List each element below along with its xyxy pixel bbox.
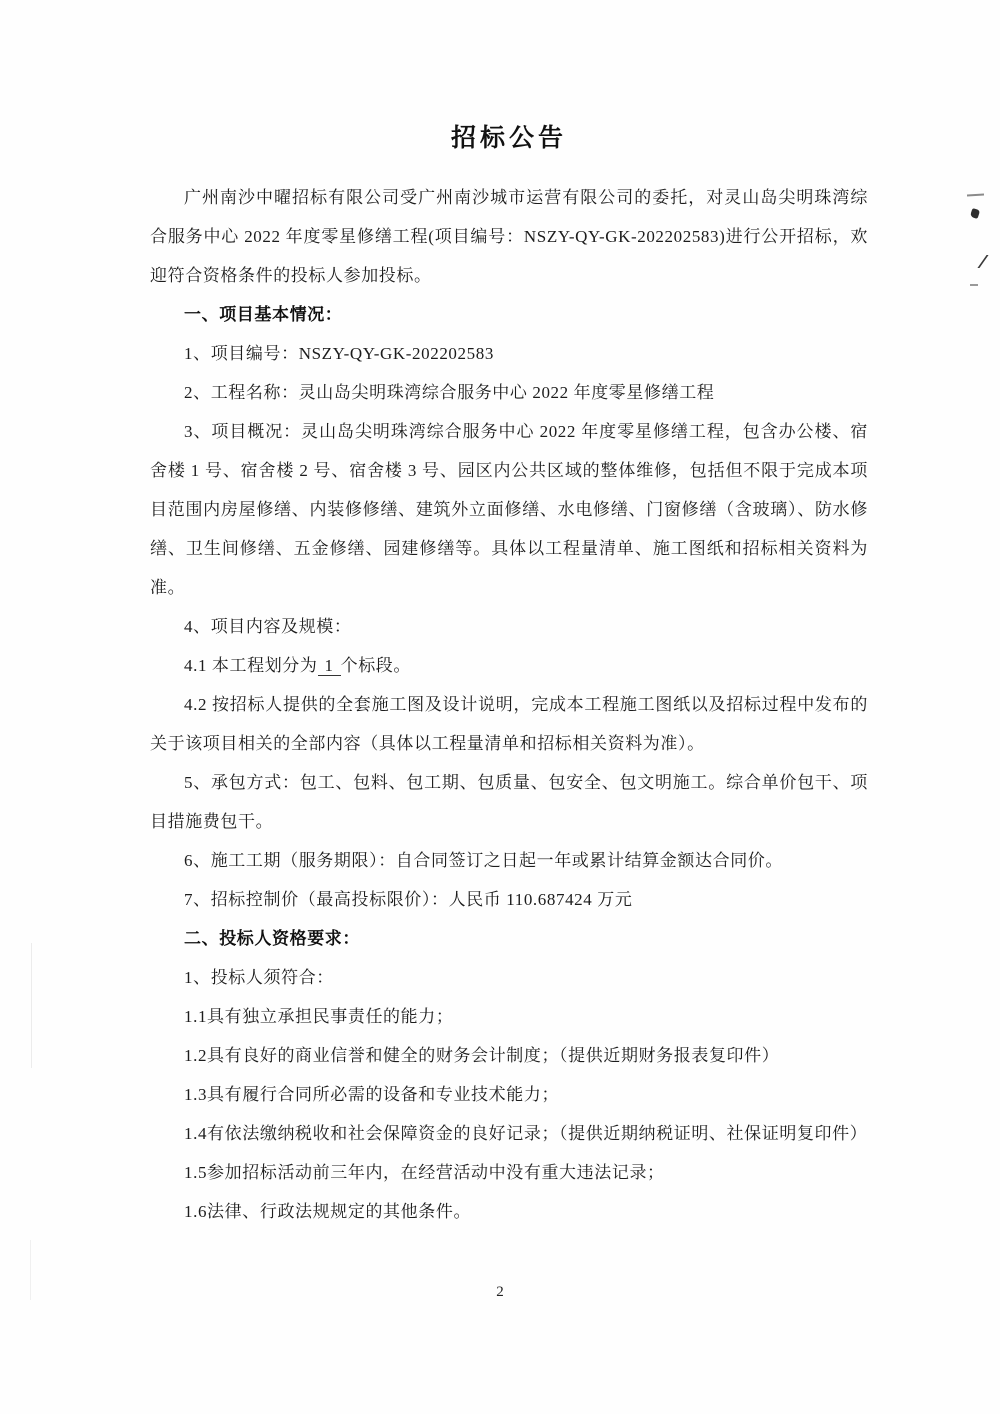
document-title: 招标公告 [150, 120, 868, 158]
item-1-3: 1.3具有履行合同所必需的设备和专业技术能力； [150, 1075, 868, 1114]
intro-paragraph: 广州南沙中曜招标有限公司受广州南沙城市运营有限公司的委托，对灵山岛尖明珠湾综合服… [150, 178, 868, 295]
item-1-5: 1.5参加招标活动前三年内，在经营活动中没有重大违法记录； [150, 1153, 868, 1192]
item-price-ceiling: 7、招标控制价（最高投标限价）：人民币 110.687424 万元 [150, 880, 868, 919]
item-1-2: 1.2具有良好的商业信誉和健全的财务会计制度；（提供近期财务报表复印件） [150, 1036, 868, 1075]
scan-artifact [967, 194, 984, 197]
item-project-number: 1、项目编号：NSZY-QY-GK-202202583 [150, 334, 868, 373]
clause-4-1: 4.1 本工程划分为1个标段。 [150, 646, 868, 685]
item-project-scope-heading: 4、项目内容及规模： [150, 607, 868, 646]
item-contracting-method: 5、承包方式：包工、包料、包工期、包质量、包安全、包文明施工。综合单价包干、项目… [150, 763, 868, 841]
clause-4-2: 4.2 按招标人提供的全套施工图及设计说明，完成本工程施工图纸以及招标过程中发布… [150, 685, 868, 763]
item-bidder-must-meet: 1、投标人须符合： [150, 958, 868, 997]
scanned-document-page: 招标公告 广州南沙中曜招标有限公司受广州南沙城市运营有限公司的委托，对灵山岛尖明… [0, 0, 1000, 1414]
page-number: 2 [0, 1284, 1000, 1301]
scan-artifact [31, 943, 32, 1068]
clause-4-1-underlined-value: 1 [318, 656, 341, 676]
item-1-6: 1.6法律、行政法规规定的其他条件。 [150, 1192, 868, 1231]
scan-artifact [970, 284, 978, 286]
item-project-name: 2、工程名称：灵山岛尖明珠湾综合服务中心 2022 年度零星修缮工程 [150, 373, 868, 412]
clause-4-1-prefix: 4.1 本工程划分为 [184, 656, 318, 675]
scan-artifact [966, 255, 988, 268]
item-1-1: 1.1具有独立承担民事责任的能力； [150, 997, 868, 1036]
item-construction-period: 6、施工工期（服务期限）：自合同签订之日起一年或累计结算金额达合同价。 [150, 841, 868, 880]
scan-artifact [970, 208, 980, 219]
scan-artifact [30, 1240, 31, 1300]
section-heading-basic-info: 一、项目基本情况： [150, 295, 868, 334]
section-heading-bidder-qualifications: 二、投标人资格要求： [150, 919, 868, 958]
item-1-4: 1.4有依法缴纳税收和社会保障资金的良好记录；（提供近期纳税证明、社保证明复印件… [150, 1114, 868, 1153]
document-body: 招标公告 广州南沙中曜招标有限公司受广州南沙城市运营有限公司的委托，对灵山岛尖明… [150, 120, 868, 1231]
clause-4-1-suffix: 个标段。 [341, 656, 411, 675]
item-project-overview: 3、项目概况：灵山岛尖明珠湾综合服务中心 2022 年度零星修缮工程，包含办公楼… [150, 412, 868, 607]
